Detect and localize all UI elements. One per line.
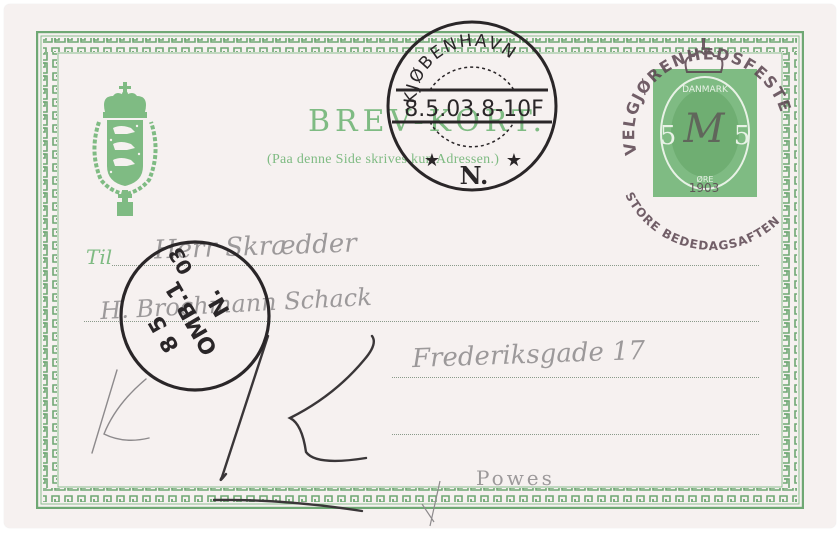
svg-text:N.: N. xyxy=(200,285,235,321)
postcard: BREV-KORT. (Paa denne Side skrives kun A… xyxy=(4,4,836,528)
arrival-postmark: 8 5 OMB.1 N. 03 xyxy=(4,4,836,528)
